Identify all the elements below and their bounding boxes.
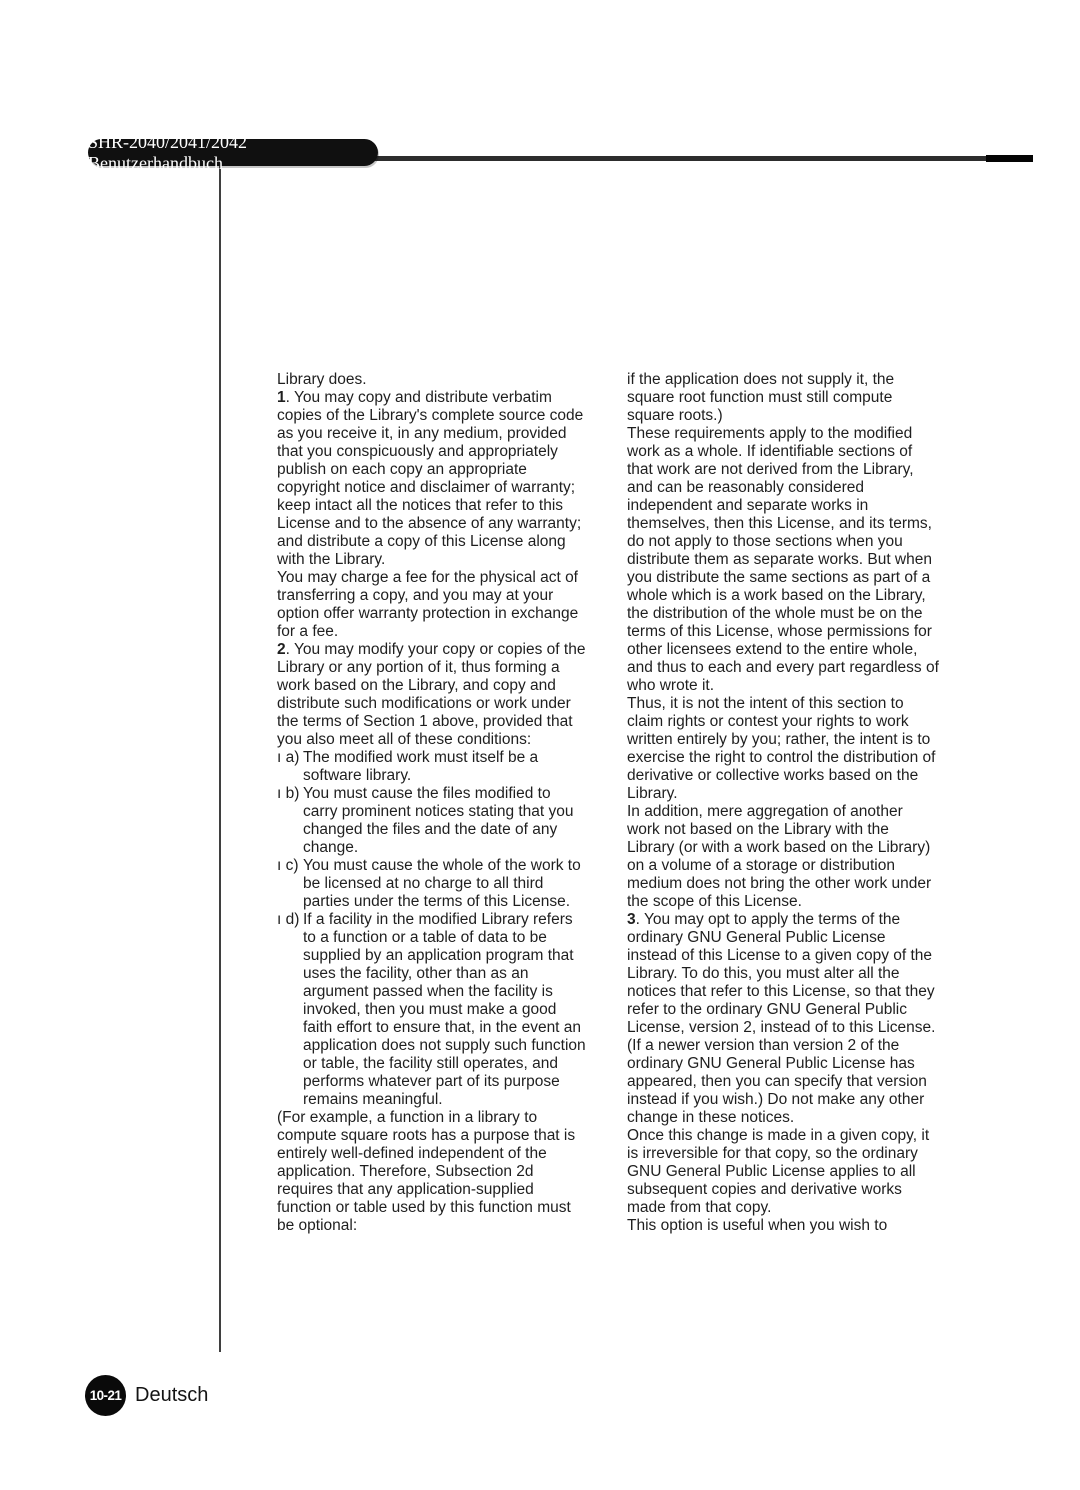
list-item-text: If a facility in the modified Library re… bbox=[303, 911, 589, 1109]
left-margin-divider-line bbox=[219, 163, 221, 1352]
license-paragraph: These requirements apply to the modified… bbox=[627, 425, 939, 695]
list-item-c: ı c) You must cause the whole of the wor… bbox=[277, 857, 589, 911]
paragraph-text: . You may modify your copy or copies of … bbox=[277, 641, 585, 748]
license-paragraph: This option is useful when you wish to bbox=[627, 1217, 939, 1235]
header-rule-end-cap bbox=[986, 155, 1033, 162]
license-paragraph: if the application does not supply it, t… bbox=[627, 371, 939, 425]
paragraph-text: . You may copy and distribute verbatim c… bbox=[277, 389, 583, 568]
license-column-left: Library does. 1. You may copy and distri… bbox=[277, 371, 589, 1235]
license-paragraph: 1. You may copy and distribute verbatim … bbox=[277, 389, 589, 569]
paragraph-text: This option is useful when you wish to bbox=[627, 1217, 887, 1234]
paragraph-text: These requirements apply to the modified… bbox=[627, 425, 939, 694]
paragraph-text: In addition, mere aggregation of another… bbox=[627, 803, 931, 910]
list-item-text: The modified work must itself be a softw… bbox=[303, 749, 589, 785]
license-paragraph: Once this change is made in a given copy… bbox=[627, 1127, 939, 1217]
license-paragraph: In addition, mere aggregation of another… bbox=[627, 803, 939, 911]
list-item-a: ı a) The modified work must itself be a … bbox=[277, 749, 589, 785]
page-footer: 10-21 Deutsch bbox=[85, 1375, 208, 1416]
paragraph-text: Thus, it is not the intent of this secti… bbox=[627, 695, 935, 802]
license-paragraph: 3. You may opt to apply the terms of the… bbox=[627, 911, 939, 1127]
paragraph-text: Library does. bbox=[277, 371, 367, 388]
license-paragraph: (For example, a function in a library to… bbox=[277, 1109, 589, 1235]
list-item-d: ı d) If a facility in the modified Libra… bbox=[277, 911, 589, 1109]
list-item-text: You must cause the whole of the work to … bbox=[303, 857, 589, 911]
section-number: 1 bbox=[277, 389, 286, 406]
section-number: 2 bbox=[277, 641, 286, 658]
header-rule bbox=[370, 156, 1033, 161]
paragraph-text: (For example, a function in a library to… bbox=[277, 1109, 575, 1234]
list-marker: ı c) bbox=[277, 857, 303, 911]
list-marker: ı a) bbox=[277, 749, 303, 785]
list-marker: ı d) bbox=[277, 911, 303, 1109]
license-paragraph: 2. You may modify your copy or copies of… bbox=[277, 641, 589, 749]
list-marker: ı b) bbox=[277, 785, 303, 857]
manual-header-pill: SHR-2040/2041/2042 Benutzerhandbuch bbox=[88, 139, 378, 166]
language-label: Deutsch bbox=[135, 1384, 208, 1407]
page-number-badge: 10-21 bbox=[85, 1375, 126, 1416]
manual-page: SHR-2040/2041/2042 Benutzerhandbuch Libr… bbox=[0, 0, 1080, 1490]
paragraph-text: . You may opt to apply the terms of the … bbox=[627, 911, 935, 1126]
license-paragraph: Thus, it is not the intent of this secti… bbox=[627, 695, 939, 803]
license-paragraph: Library does. bbox=[277, 371, 589, 389]
manual-title: SHR-2040/2041/2042 Benutzerhandbuch bbox=[88, 132, 378, 174]
paragraph-text: if the application does not supply it, t… bbox=[627, 371, 894, 424]
paragraph-text: You may charge a fee for the physical ac… bbox=[277, 569, 578, 640]
section-number: 3 bbox=[627, 911, 636, 928]
list-item-text: You must cause the files modified to car… bbox=[303, 785, 589, 857]
license-column-right: if the application does not supply it, t… bbox=[627, 371, 939, 1235]
list-item-b: ı b) You must cause the files modified t… bbox=[277, 785, 589, 857]
paragraph-text: Once this change is made in a given copy… bbox=[627, 1127, 929, 1216]
page-number: 10-21 bbox=[90, 1388, 122, 1403]
license-paragraph: You may charge a fee for the physical ac… bbox=[277, 569, 589, 641]
